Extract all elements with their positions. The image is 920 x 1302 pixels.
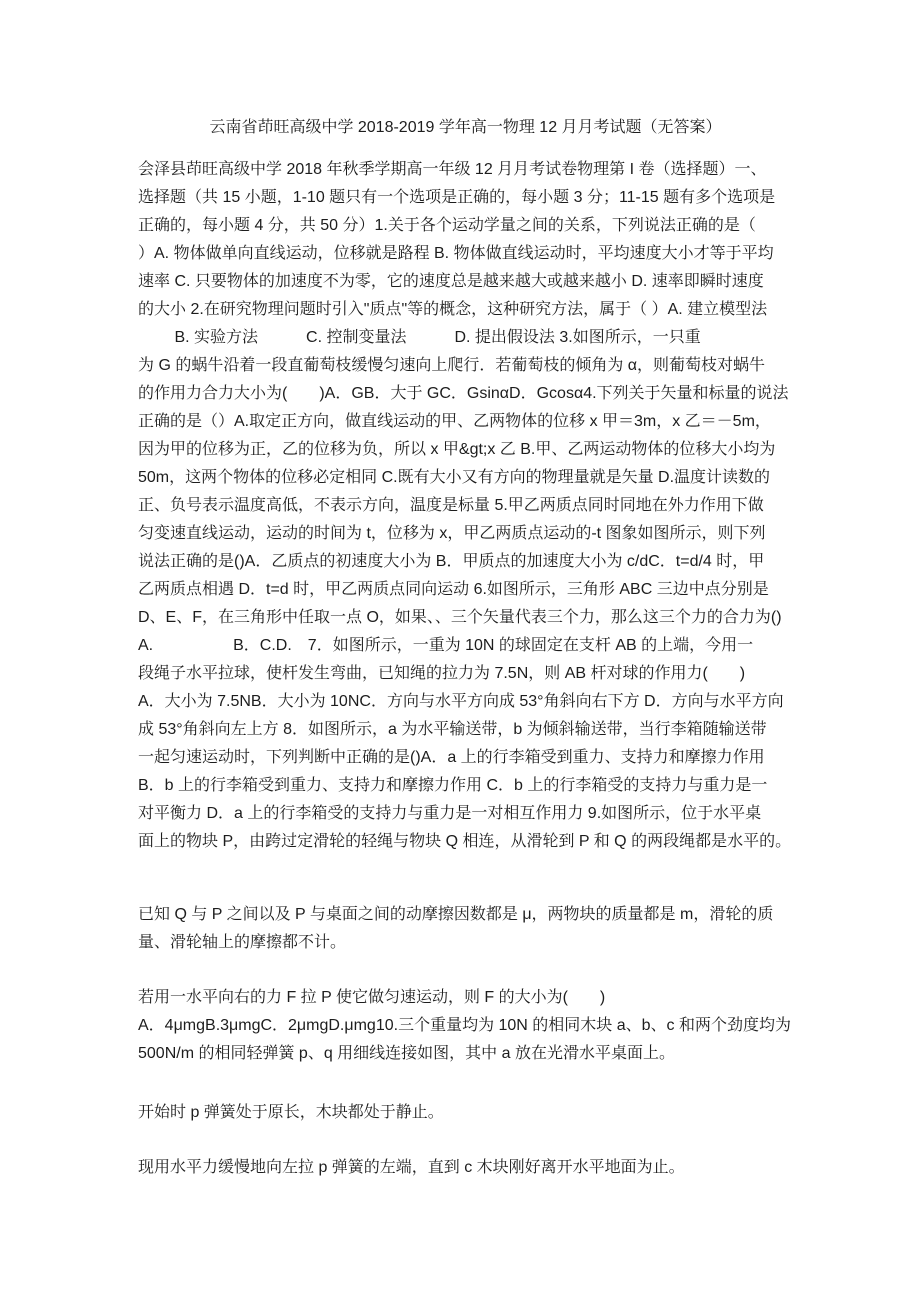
- text-line: 的大小 2.在研究物理问题时引入"质点"等的概念，这种研究方法，属于（ ）A. …: [138, 296, 793, 324]
- paragraph-spacer: [138, 856, 793, 901]
- text-line: ）A. 物体做单向直线运动，位移就是路程 B. 物体做直线运动时，平均速度大小才…: [138, 240, 793, 268]
- text-line: 正确的，每小题 4 分，共 50 分）1.关于各个运动学量之间的关系，下列说法正…: [138, 212, 793, 240]
- text-line: A．大小为 7.5NB．大小为 10NC．方向与水平方向成 53°角斜向右下方 …: [138, 688, 793, 716]
- text-line: 已知 Q 与 P 之间以及 P 与桌面之间的动摩擦因数都是 μ，两物块的质量都是…: [138, 901, 793, 929]
- document-title: 云南省茚旺高级中学 2018-2019 学年高一物理 12 月月考试题（无答案）: [138, 114, 793, 142]
- text-line: B. 实验方法 C. 控制变量法 D. 提出假设法 3.如图所示，一只重: [138, 324, 793, 352]
- document-body: 会泽县茚旺高级中学 2018 年秋季学期高一年级 12 月月考试卷物理第 I 卷…: [138, 156, 800, 1182]
- document-page: 云南省茚旺高级中学 2018-2019 学年高一物理 12 月月考试题（无答案）…: [0, 0, 920, 1302]
- text-line: 说法正确的是()A．乙质点的初速度大小为 B．甲质点的加速度大小为 c/dC．t…: [138, 548, 793, 576]
- text-line: 现用水平力缓慢地向左拉 p 弹簧的左端，直到 c 木块刚好离开水平地面为止。: [138, 1154, 793, 1182]
- text-line: 面上的物块 P，由跨过定滑轮的轻绳与物块 Q 相连，从滑轮到 P 和 Q 的两段…: [138, 828, 793, 856]
- text-line: A．4μmgB.3μmgC．2μmgD.μmg10.三个重量均为 10N 的相同…: [138, 1012, 793, 1040]
- text-line: 正、负号表示温度高低，不表示方向，温度是标量 5.甲乙两质点同时同地在外力作用下…: [138, 492, 793, 520]
- text-line: 量、滑轮轴上的摩擦都不计。: [138, 929, 793, 957]
- text-line: B．b 上的行李箱受到重力、支持力和摩擦力作用 C．b 上的行李箱受的支持力与重…: [138, 772, 793, 800]
- text-line: 对平衡力 D．a 上的行李箱受的支持力与重力是一对相互作用力 9.如图所示，位于…: [138, 800, 793, 828]
- text-line: 若用一水平向右的力 F 拉 P 使它做匀速运动，则 F 的大小为( ): [138, 984, 793, 1012]
- text-line: 匀变速直线运动，运动的时间为 t，位移为 x，甲乙两质点运动的-t 图象如图所示…: [138, 520, 793, 548]
- text-line: 速率 C. 只要物体的加速度不为零，它的速度总是越来越大或越来越小 D. 速率即…: [138, 268, 793, 296]
- text-line: 正确的是（）A.取定正方向，做直线运动的甲、乙两物体的位移 x 甲＝3m，x 乙…: [138, 408, 793, 436]
- paragraph-spacer: [138, 1127, 793, 1154]
- text-line: 乙两质点相遇 D．t=d 时，甲乙两质点同向运动 6.如图所示，三角形 ABC …: [138, 576, 793, 604]
- text-line: 500N/m 的相同轻弹簧 p、q 用细线连接如图，其中 a 放在光滑水平桌面上…: [138, 1040, 793, 1068]
- text-line: 因为甲的位移为正，乙的位移为负，所以 x 甲&gt;x 乙 B.甲、乙两运动物体…: [138, 436, 793, 464]
- paragraph-spacer: [138, 957, 793, 984]
- text-line: 段绳子水平拉球，使杆发生弯曲，已知绳的拉力为 7.5N，则 AB 杆对球的作用力…: [138, 660, 793, 688]
- text-line: 选择题（共 15 小题，1-10 题只有一个选项是正确的，每小题 3 分；11-…: [138, 184, 793, 212]
- text-line: 一起匀速运动时，下列判断中正确的是()A．a 上的行李箱受到重力、支持力和摩擦力…: [138, 744, 793, 772]
- text-line: D、E、F，在三角形中任取一点 O，如果、、三个矢量代表三个力，那么这三个力的合…: [138, 604, 793, 632]
- text-line: 50m，这两个物体的位移必定相同 C.既有大小又有方向的物理量就是矢量 D.温度…: [138, 464, 793, 492]
- text-line: 的作用力合力大小为( )A．GB．大于 GC．GsinαD．Gcosα4.下列关…: [138, 380, 793, 408]
- text-line: 成 53°角斜向左上方 8．如图所示，a 为水平输送带，b 为倾斜输送带，当行李…: [138, 716, 793, 744]
- text-line: 开始时 p 弹簧处于原长，木块都处于静止。: [138, 1099, 793, 1127]
- text-line: A. B．C.D. 7．如图所示，一重为 10N 的球固定在支杆 AB 的上端，…: [138, 632, 793, 660]
- paragraph-spacer: [138, 1068, 793, 1099]
- text-line: 会泽县茚旺高级中学 2018 年秋季学期高一年级 12 月月考试卷物理第 I 卷…: [138, 156, 793, 184]
- text-line: 为 G 的蜗牛沿着一段直葡萄枝缓慢匀速向上爬行．若葡萄枝的倾角为 α，则葡萄枝对…: [138, 352, 793, 380]
